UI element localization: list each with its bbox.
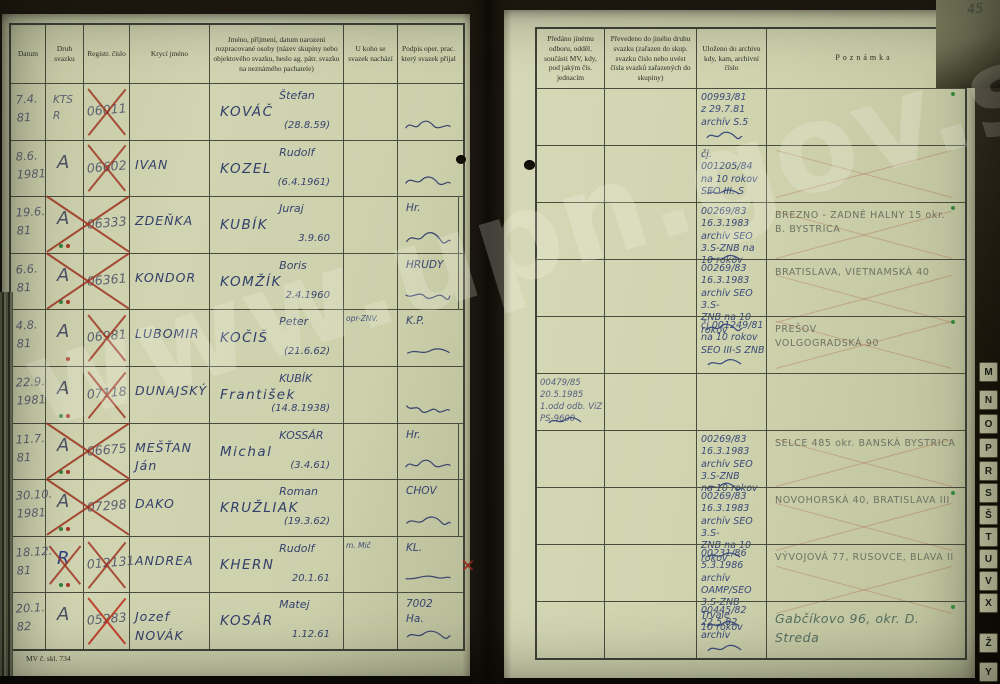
green-dot bbox=[951, 491, 955, 495]
holder-value bbox=[344, 593, 397, 597]
header-jmeno: Jméno, příjmení, datum narození rozpraco… bbox=[210, 25, 344, 83]
type-value: A bbox=[46, 367, 83, 399]
index-tab: X bbox=[979, 593, 998, 613]
transferred-value bbox=[537, 203, 604, 207]
surname-value: KUBÍK bbox=[220, 217, 343, 233]
type-value: A bbox=[46, 424, 83, 456]
transferred-value bbox=[537, 545, 604, 549]
type-cell: KTS R bbox=[46, 84, 84, 140]
archived-cell: čj. 001205/84 na 10 rokov SEO III. S bbox=[697, 146, 767, 202]
codename-value: DAKO bbox=[130, 480, 209, 514]
archived-cell: 00269/83 16.3.1983 archív SEO 3.S-ZNB na… bbox=[697, 203, 767, 268]
red-dot bbox=[66, 583, 70, 587]
surname-value: KOČIŠ bbox=[220, 330, 343, 346]
regno-value: 06333 bbox=[83, 195, 131, 232]
holder-cell bbox=[344, 197, 398, 253]
register-row: 7.4. 81 KTS R 06011 ŠtefanKOVÁČ(28.8.59) bbox=[11, 83, 463, 140]
archived-value bbox=[697, 374, 766, 377]
codename-value: LUBOMIR bbox=[130, 310, 209, 344]
birthdate-value: 1.12.61 bbox=[210, 629, 330, 640]
signature-scribble bbox=[404, 626, 452, 642]
note-value: BRATISLAVA, VIETNAMSKÁ 40 bbox=[767, 260, 961, 280]
firstname-value: Matej bbox=[279, 598, 343, 611]
converted-value bbox=[605, 146, 696, 150]
holder-cell bbox=[344, 367, 398, 423]
holder-cell: m. Mič bbox=[344, 537, 398, 593]
date-cell: 4.8. 81 bbox=[11, 310, 46, 366]
type-cell: A bbox=[46, 254, 84, 310]
date-value: 11.7. 81 bbox=[10, 423, 46, 468]
name-cell: BorisKOMŽÍK2.4.1960 bbox=[210, 254, 344, 310]
index-tab: R bbox=[979, 461, 998, 481]
green-dot bbox=[951, 605, 955, 609]
index-tab: Y bbox=[979, 662, 998, 682]
red-dot bbox=[66, 300, 70, 304]
date-value: 18.12. 81 bbox=[10, 536, 46, 581]
date-cell: 19.6. 81 bbox=[11, 197, 46, 253]
date-value: 7.4. 81 bbox=[10, 83, 46, 128]
transferred-cell bbox=[537, 317, 605, 373]
codename-cell: MEŠŤAN Ján bbox=[130, 424, 210, 480]
regno-cell: 06361 bbox=[84, 254, 130, 310]
index-tab: S bbox=[979, 483, 998, 503]
signature-scribble bbox=[404, 230, 452, 246]
register-row: 00269/83 16.3.1983 archív SEO 3.S-ZNB na… bbox=[537, 430, 965, 487]
date-value: 22.9. 1981 bbox=[10, 366, 46, 411]
transferred-cell bbox=[537, 431, 605, 496]
type-cell: A bbox=[46, 424, 84, 480]
holder-cell bbox=[344, 254, 398, 310]
date-cell: 7.4. 81 bbox=[11, 84, 46, 140]
regno-value: 07118 bbox=[83, 365, 131, 402]
register-row: 00993/81 z 29.7.81 archív S.5 bbox=[537, 88, 965, 145]
firstname-value: Roman bbox=[279, 485, 343, 498]
birthdate-value: 3.9.60 bbox=[210, 233, 330, 244]
signature-note: 7002 Ha. bbox=[398, 593, 459, 626]
holder-cell bbox=[344, 424, 398, 480]
type-value: A bbox=[46, 310, 83, 342]
signature-scribble bbox=[404, 400, 452, 416]
signature-scribble bbox=[404, 117, 452, 133]
red-x-mark bbox=[462, 559, 474, 571]
signature-note: Hr. bbox=[398, 197, 458, 216]
codename-value: ANDREA bbox=[130, 537, 209, 571]
converted-value bbox=[605, 260, 696, 264]
surname-value: KOMŽÍK bbox=[220, 274, 343, 290]
holder-cell bbox=[344, 84, 398, 140]
green-dot bbox=[59, 414, 63, 418]
green-dot bbox=[951, 320, 955, 324]
type-value: A bbox=[46, 593, 83, 625]
birthdate-value: (19.3.62) bbox=[210, 516, 330, 527]
register-row: 6.6. 81 A 06361 KONDOR BorisKOMŽÍK2.4.19… bbox=[11, 253, 463, 310]
signature-note bbox=[398, 84, 459, 88]
header-ulozeno: Uloženo do archivu kdy, kam, archivní čí… bbox=[697, 29, 767, 88]
note-cell: SELCE 485 okr. BANSKÁ BYSTRICA bbox=[767, 431, 961, 496]
converted-value bbox=[605, 317, 696, 321]
header-druh-svazku: Druh svazku bbox=[46, 25, 84, 83]
converted-cell bbox=[605, 89, 697, 145]
header-poznamka: Poznámka bbox=[767, 29, 961, 88]
converted-value bbox=[605, 602, 696, 606]
type-cell: A bbox=[46, 141, 84, 197]
name-cell: RudolfKOZEL(6.4.1961) bbox=[210, 141, 344, 197]
register-row: 8.6. 1981 A 06602 IVAN RudolfKOZEL(6.4.1… bbox=[11, 140, 463, 197]
index-tab: N bbox=[979, 390, 998, 410]
converted-cell bbox=[605, 146, 697, 202]
archived-cell: čj 001249/81 na 10 rokov SEO III-S ZNB bbox=[697, 317, 767, 373]
type-cell: A bbox=[46, 367, 84, 423]
codename-value: KONDOR bbox=[130, 254, 209, 288]
codename-value: DUNAJSKÝ bbox=[130, 367, 209, 401]
left-register-table: Datum Druh svazku Registr. číslo Krycí j… bbox=[9, 23, 465, 651]
holder-value bbox=[344, 141, 397, 145]
register-row: čj. 001205/84 na 10 rokov SEO III. S bbox=[537, 145, 965, 202]
note-value bbox=[767, 146, 961, 152]
date-value: 19.6. 81 bbox=[10, 196, 46, 241]
regno-cell: 07118 bbox=[84, 367, 130, 423]
date-cell: 18.12. 81 bbox=[11, 537, 46, 593]
signature-note: Hr. bbox=[398, 424, 458, 443]
converted-value bbox=[605, 374, 696, 378]
transferred-value bbox=[537, 260, 604, 264]
codename-value: Jozef NOVÁK bbox=[130, 593, 209, 646]
note-value bbox=[767, 374, 961, 380]
signature-cell: Hr. bbox=[398, 424, 459, 480]
codename-cell: ANDREA bbox=[130, 537, 210, 593]
signature-note: K.P. bbox=[398, 310, 459, 329]
transferred-cell bbox=[537, 146, 605, 202]
archived-value: čj 001249/81 na 10 rokov SEO III-S ZNB bbox=[697, 317, 766, 357]
date-value: 4.8. 81 bbox=[10, 310, 46, 355]
archived-value: 00993/81 z 29.7.81 archív S.5 bbox=[697, 89, 766, 129]
holder-cell: opr-ZNV. bbox=[344, 310, 398, 366]
signature-scribble bbox=[404, 343, 452, 359]
right-page: Předáno jinému odboru, odděl. součásti M… bbox=[504, 10, 978, 678]
holder-value bbox=[344, 424, 397, 428]
right-table-header: Předáno jinému odboru, odděl. součásti M… bbox=[537, 29, 965, 88]
note-cell: BREZNO - ZADNÉ HALNY 15 okr. B. BYSTRICA bbox=[767, 203, 961, 268]
converted-value bbox=[605, 545, 696, 549]
regno-cell: 06333 bbox=[84, 197, 130, 253]
regno-value: 06361 bbox=[83, 252, 131, 289]
transferred-value bbox=[537, 146, 604, 150]
signature-note: CHOV bbox=[398, 480, 458, 499]
faint-red-cross bbox=[769, 148, 959, 200]
signature-scribble bbox=[404, 456, 452, 472]
archived-value: 00445/82 22.5.82 archív bbox=[697, 602, 766, 642]
holder-value bbox=[344, 197, 397, 201]
signature-note bbox=[398, 367, 459, 371]
register-row: 30.10. 1981 A 07298 DAKO RomanKRUŽLIAK(1… bbox=[11, 479, 463, 536]
red-dot bbox=[66, 244, 70, 248]
converted-cell bbox=[605, 374, 697, 430]
name-cell: PeterKOČIŠ(21.6.62) bbox=[210, 310, 344, 366]
regno-cell: 06675 bbox=[84, 424, 130, 480]
date-value: 20.1. 82 bbox=[10, 592, 46, 637]
register-book-photo: Datum Druh svazku Registr. číslo Krycí j… bbox=[0, 0, 1000, 684]
holder-cell bbox=[344, 480, 398, 536]
regno-value: 06011 bbox=[83, 82, 131, 119]
codename-cell: Jozef NOVÁK bbox=[130, 593, 210, 649]
signature-scribble bbox=[705, 129, 743, 142]
transferred-cell: 00479/85 20.5.1985 1.odd odb. ViZ PS-960… bbox=[537, 374, 605, 430]
date-cell: 8.6. 1981 bbox=[11, 141, 46, 197]
note-value: PREŠOV VOLGOGRADSKÁ 90 bbox=[767, 317, 961, 352]
register-row: čj 001249/81 na 10 rokov SEO III-S ZNB P… bbox=[537, 316, 965, 373]
archived-cell bbox=[697, 374, 767, 430]
birthdate-value: (28.8.59) bbox=[210, 120, 330, 131]
signature-scribble bbox=[404, 286, 452, 302]
firstname-value: Peter bbox=[279, 315, 343, 328]
header-predano: Předáno jinému odboru, odděl. součásti M… bbox=[537, 29, 605, 88]
type-cell: A bbox=[46, 197, 84, 253]
signature-scribble bbox=[404, 569, 452, 585]
regno-cell: 06602 bbox=[84, 141, 130, 197]
holder-cell bbox=[344, 593, 398, 649]
register-row: 19.6. 81 A 06333 ZDEŇKA JurajKUBÍK3.9.60… bbox=[11, 196, 463, 253]
page-number: 45 bbox=[967, 1, 985, 18]
index-tab: V bbox=[979, 571, 998, 591]
type-cell: A bbox=[46, 310, 84, 366]
register-row: 11.7. 81 A 06675 MEŠŤAN Ján KOSSÁRMichal… bbox=[11, 423, 463, 480]
transferred-value bbox=[537, 431, 604, 435]
transferred-cell bbox=[537, 203, 605, 268]
signature-cell: Hr. bbox=[398, 197, 459, 253]
note-cell: Gabčíkovo 96, okr. D. Streda bbox=[767, 602, 961, 658]
binding-hole bbox=[524, 160, 535, 170]
green-dot bbox=[59, 527, 63, 531]
header-registr-cislo: Registr. číslo bbox=[84, 25, 130, 83]
register-row: 20.1. 82 A 05283 Jozef NOVÁK MatejKOSÁR1… bbox=[11, 592, 463, 649]
codename-cell: LUBOMIR bbox=[130, 310, 210, 366]
register-row: 00479/85 20.5.1985 1.odd odb. ViZ PS-960… bbox=[537, 373, 965, 430]
surname-value: KOSÁR bbox=[220, 613, 343, 629]
firstname-value: KOSSÁR bbox=[279, 429, 343, 442]
regno-value: 06981 bbox=[83, 308, 131, 345]
red-dot bbox=[66, 470, 70, 474]
firstname-value: Juraj bbox=[279, 202, 343, 215]
form-number: MV č. skl. 734 bbox=[26, 654, 71, 663]
surname-value: KHERN bbox=[220, 557, 343, 573]
red-dot bbox=[66, 414, 70, 418]
surname-value: KOVÁČ bbox=[220, 104, 343, 120]
codename-value bbox=[130, 84, 209, 99]
surname-value: František bbox=[220, 387, 343, 403]
type-value: A bbox=[46, 141, 83, 173]
archived-cell: 00993/81 z 29.7.81 archív S.5 bbox=[697, 89, 767, 145]
surname-value: KOZEL bbox=[220, 161, 343, 177]
signature-scribble bbox=[705, 186, 743, 199]
note-cell: PREŠOV VOLGOGRADSKÁ 90 bbox=[767, 317, 961, 373]
transferred-value bbox=[537, 317, 604, 321]
firstname-value: KUBÍK bbox=[279, 372, 343, 385]
name-cell: KOSSÁRMichal(3.4.61) bbox=[210, 424, 344, 480]
signature-scribble bbox=[404, 173, 452, 189]
green-dot bbox=[59, 300, 63, 304]
signature-scribble bbox=[705, 642, 743, 655]
binding-hole bbox=[456, 155, 466, 164]
transferred-value bbox=[537, 89, 604, 93]
signature-cell: K.P. bbox=[398, 310, 459, 366]
regno-value: 06675 bbox=[83, 422, 131, 459]
type-cell: R bbox=[46, 537, 84, 593]
signature-note bbox=[398, 141, 459, 145]
date-cell: 22.9. 1981 bbox=[11, 367, 46, 423]
left-table-header: Datum Druh svazku Registr. číslo Krycí j… bbox=[11, 25, 463, 83]
birthdate-value: 2.4.1960 bbox=[210, 290, 330, 301]
green-dot bbox=[59, 244, 63, 248]
firstname-value: Boris bbox=[279, 259, 343, 272]
regno-value: 06602 bbox=[83, 139, 131, 176]
signature-note: KL. bbox=[398, 537, 459, 556]
type-value: KTS R bbox=[46, 84, 83, 125]
signature-cell: CHOV bbox=[398, 480, 459, 536]
type-value: A bbox=[46, 197, 83, 229]
register-row: 22.9. 1981 A 07118 DUNAJSKÝ KUBÍKFrantiš… bbox=[11, 366, 463, 423]
transferred-value bbox=[537, 488, 604, 492]
holder-value bbox=[344, 84, 397, 88]
signature-cell: 7002 Ha. bbox=[398, 593, 459, 649]
codename-value: MEŠŤAN Ján bbox=[130, 424, 209, 477]
index-tab-strip: M N O P R S Š T U V X Ž Y bbox=[975, 88, 1000, 684]
firstname-value: Rudolf bbox=[279, 146, 343, 159]
converted-value bbox=[605, 203, 696, 207]
holder-value bbox=[344, 254, 397, 258]
header-podpis: Podpis oper. prac. který svazek přijal bbox=[398, 25, 459, 83]
converted-cell bbox=[605, 602, 697, 658]
index-tab: O bbox=[979, 414, 998, 434]
codename-cell bbox=[130, 84, 210, 140]
register-row: 00231/86 5.3.1986 archív OAMP/SEO 3.S-ZN… bbox=[537, 544, 965, 601]
date-cell: 30.10. 1981 bbox=[11, 480, 46, 536]
note-cell bbox=[767, 89, 961, 145]
name-cell: KUBÍKFrantišek(14.8.1938) bbox=[210, 367, 344, 423]
converted-value bbox=[605, 89, 696, 93]
green-dot bbox=[951, 92, 955, 96]
index-tab: U bbox=[979, 549, 998, 569]
birthdate-value: (6.4.1961) bbox=[210, 177, 330, 188]
holder-value bbox=[344, 480, 397, 484]
index-tab: Š bbox=[979, 505, 998, 525]
right-register-table: Předáno jinému odboru, odděl. součásti M… bbox=[535, 27, 967, 660]
codename-cell: ZDEŇKA bbox=[130, 197, 210, 253]
codename-cell: KONDOR bbox=[130, 254, 210, 310]
name-cell: ŠtefanKOVÁČ(28.8.59) bbox=[210, 84, 344, 140]
note-cell bbox=[767, 146, 961, 202]
firstname-value: Štefan bbox=[279, 89, 343, 102]
codename-value: IVAN bbox=[130, 141, 209, 175]
archived-cell: 00445/82 22.5.82 archív bbox=[697, 602, 767, 658]
date-cell: 6.6. 81 bbox=[11, 254, 46, 310]
signature-cell bbox=[398, 141, 459, 197]
name-cell: JurajKUBÍK3.9.60 bbox=[210, 197, 344, 253]
signature-cell: HRUDY bbox=[398, 254, 459, 310]
note-value: VÝVOJOVÁ 77, RUSOVCE, BLAVA II bbox=[767, 545, 961, 565]
header-datum: Datum bbox=[11, 25, 46, 83]
name-cell: MatejKOSÁR1.12.61 bbox=[210, 593, 344, 649]
firstname-value: Rudolf bbox=[279, 542, 343, 555]
type-cell: A bbox=[46, 593, 84, 649]
holder-cell bbox=[344, 141, 398, 197]
note-value bbox=[767, 89, 961, 95]
green-dot bbox=[59, 583, 63, 587]
type-value: R bbox=[46, 537, 83, 569]
holder-value bbox=[344, 367, 397, 371]
green-dot bbox=[951, 206, 955, 210]
regno-cell: 06011 bbox=[84, 84, 130, 140]
signature-scribble bbox=[404, 513, 452, 529]
codename-value: ZDEŇKA bbox=[130, 197, 209, 231]
surname-value: KRUŽLIAK bbox=[220, 500, 343, 516]
converted-cell bbox=[605, 317, 697, 373]
register-row: 00269/83 16.3.1983 archív SEO 3.S- ZNB n… bbox=[537, 487, 965, 544]
codename-cell: DAKO bbox=[130, 480, 210, 536]
date-value: 8.6. 1981 bbox=[10, 140, 46, 185]
regno-cell: 07298 bbox=[84, 480, 130, 536]
red-dot bbox=[66, 357, 70, 361]
signature-scribble bbox=[545, 414, 583, 427]
regno-cell: 012131 bbox=[84, 537, 130, 593]
signature-scribble bbox=[705, 357, 743, 370]
index-tab: M bbox=[979, 362, 998, 382]
codename-cell: DUNAJSKÝ bbox=[130, 367, 210, 423]
note-value: SELCE 485 okr. BANSKÁ BYSTRICA bbox=[767, 431, 961, 451]
date-value: 6.6. 81 bbox=[10, 253, 46, 298]
note-value: BREZNO - ZADNÉ HALNY 15 okr. B. BYSTRICA bbox=[767, 203, 961, 238]
name-cell: RomanKRUŽLIAK(19.3.62) bbox=[210, 480, 344, 536]
converted-cell bbox=[605, 203, 697, 268]
left-page: Datum Druh svazku Registr. číslo Krycí j… bbox=[2, 14, 470, 676]
name-cell: RudolfKHERN20.1.61 bbox=[210, 537, 344, 593]
regno-value: 07298 bbox=[83, 478, 131, 515]
regno-value: 05283 bbox=[83, 591, 131, 628]
note-cell bbox=[767, 374, 961, 430]
register-row: 00269/83 16.3.1983 archív SEO 3.S- ZNB n… bbox=[537, 259, 965, 316]
date-value: 30.10. 1981 bbox=[10, 479, 46, 524]
register-row: 00269/83 16.3.1983 archív SEO 3.S-ZNB na… bbox=[537, 202, 965, 259]
register-row: 00445/82 22.5.82 archív Gabčíkovo 96, ok… bbox=[537, 601, 965, 658]
signature-note: HRUDY bbox=[398, 254, 458, 273]
type-cell: A bbox=[46, 480, 84, 536]
transferred-cell bbox=[537, 602, 605, 658]
note-value: Gabčíkovo 96, okr. D. Streda bbox=[767, 602, 961, 648]
index-tab: P bbox=[979, 438, 998, 458]
codename-cell: IVAN bbox=[130, 141, 210, 197]
type-value: A bbox=[46, 480, 83, 512]
regno-value: 012131 bbox=[83, 535, 131, 572]
red-dot bbox=[66, 527, 70, 531]
book-page-edges bbox=[0, 292, 13, 676]
header-kryci-jmeno: Krycí jméno bbox=[130, 25, 210, 83]
holder-value: opr-ZNV. bbox=[344, 310, 397, 323]
converted-value bbox=[605, 431, 696, 435]
signature-cell: KL. bbox=[398, 537, 459, 593]
header-u-koho: U koho se svazek nachází bbox=[344, 25, 398, 83]
converted-cell bbox=[605, 431, 697, 496]
signature-cell bbox=[398, 84, 459, 140]
converted-value bbox=[605, 488, 696, 492]
header-prevedeno: Převedeno do jiného druhu svazku (zařaze… bbox=[605, 29, 697, 88]
birthdate-value: (21.6.62) bbox=[210, 346, 330, 357]
transferred-cell bbox=[537, 89, 605, 145]
birthdate-value: 20.1.61 bbox=[210, 573, 330, 584]
transferred-value bbox=[537, 602, 604, 606]
regno-cell: 05283 bbox=[84, 593, 130, 649]
type-value: A bbox=[46, 254, 83, 286]
green-dot bbox=[59, 470, 63, 474]
register-row: 4.8. 81 A 06981 LUBOMIR PeterKOČIŠ(21.6.… bbox=[11, 309, 463, 366]
